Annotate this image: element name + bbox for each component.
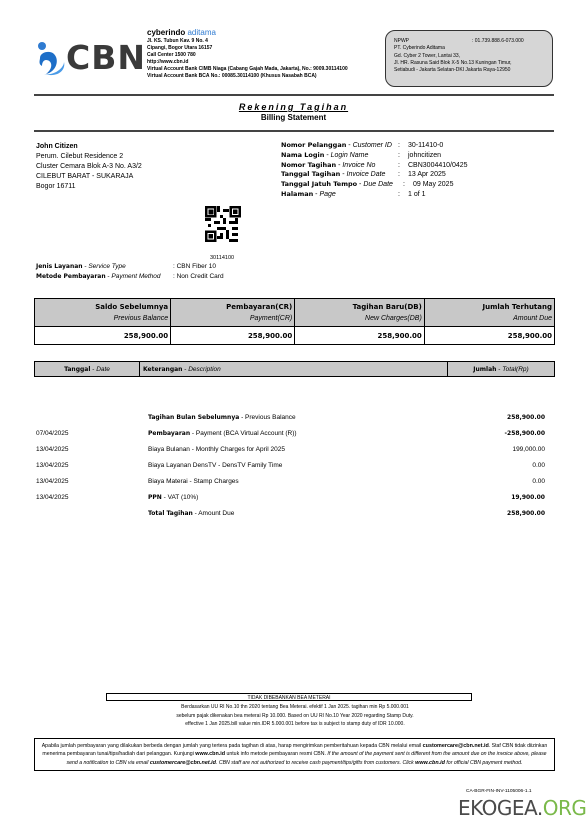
table-row: 13/04/2025Biaya Materai - Stamp Charges0…	[36, 473, 545, 489]
line-amount: 0.00	[425, 462, 545, 469]
tax-address-line: Gd. Cyber 2 Tower, Lantai 33,	[394, 53, 544, 60]
company-info: cyberindo aditama Jl. KS. Tubun Kav. 9 N…	[147, 28, 348, 80]
summary-value-row: 258,900.00 258,900.00 258,900.00 258,900…	[35, 327, 555, 345]
line-date: 13/04/2025	[36, 462, 148, 469]
payment-notice: Apabila jumlah pembayaran yang dilakukan…	[34, 738, 555, 771]
line-amount: -258,900.00	[425, 430, 545, 437]
new-charges-value: 258,900.00	[295, 327, 425, 345]
payment-method: Metode Pembayaran - Payment Method: Non …	[36, 272, 224, 282]
line-amount: 199,000.00	[425, 446, 545, 453]
website-link[interactable]: www.cbn.id	[195, 751, 225, 757]
cbn-swirl-icon	[36, 38, 68, 78]
line-description: Biaya Materai - Stamp Charges	[148, 478, 425, 485]
npwp-row: NPWP: 01.739.888.6-073.000	[394, 38, 544, 45]
divider	[34, 130, 554, 132]
line-description: Biaya Layanan DensTV - DensTV Family Tim…	[148, 462, 425, 469]
info-page: Halaman - Page:1 of 1	[281, 190, 468, 200]
info-invoice-no: Nomor Tagihan - Invoice No:CBN3004410/04…	[281, 161, 468, 171]
invoice-info: Nomor Pelanggan - Customer ID:30-11410-0…	[281, 141, 468, 200]
tax-address-line: Setiabudi - Jakarta Selatan-DKI Jakarta …	[394, 67, 544, 74]
table-row: 13/04/2025Biaya Bulanan - Monthly Charge…	[36, 441, 545, 457]
service-info: Jenis Layanan - Service Type: CBN Fiber …	[36, 262, 224, 282]
line-date: 13/04/2025	[36, 446, 148, 453]
customercare-email-link[interactable]: customercare@cbn.net.id	[423, 743, 489, 749]
qr-number: 30114100	[210, 255, 234, 261]
virtual-account-cimb: Virtual Account Bank CIMB Niaga (Cabang …	[147, 66, 348, 73]
cbn-logo: CBN	[36, 38, 141, 78]
info-login-name: Nama Login - Login Name:johncitizen	[281, 151, 468, 161]
stamp-duty-title: TIDAK DIBEBANKAN BEA METERAI	[106, 693, 472, 701]
line-date: 07/04/2025	[36, 430, 148, 437]
customer-address: John Citizen Perum. Cilebut Residence 2 …	[36, 142, 142, 192]
address-line: Cluster Cemara Blok A-3 No. A3/2	[36, 162, 142, 172]
company-address-line: Jl. KS. Tubun Kav. 9 No. 4	[147, 38, 348, 45]
previous-balance-value: 258,900.00	[35, 327, 171, 345]
col-description: Keterangan - Description	[140, 362, 448, 377]
table-row: Tagihan Bulan Sebelumnya - Previous Bala…	[36, 409, 545, 425]
header-payment: Pembayaran(CR)Payment(CR)	[171, 299, 295, 327]
line-description: Pembayaran - Payment (BCA Virtual Accoun…	[148, 430, 425, 437]
table-row: 13/04/2025Biaya Layanan DensTV - DensTV …	[36, 457, 545, 473]
line-date: 13/04/2025	[36, 478, 148, 485]
line-description: PPN - VAT (10%)	[148, 494, 425, 501]
line-amount: 258,900.00	[425, 510, 545, 517]
detail-header: Tanggal - Date Keterangan - Description …	[34, 361, 555, 377]
service-type: Jenis Layanan - Service Type: CBN Fiber …	[36, 262, 224, 272]
table-row: 07/04/2025Pembayaran - Payment (BCA Virt…	[36, 425, 545, 441]
payment-value: 258,900.00	[171, 327, 295, 345]
info-due-date: Tanggal Jatuh Tempo - Due Date:09 May 20…	[281, 180, 468, 190]
qr-code-icon	[205, 206, 241, 242]
info-customer-id: Nomor Pelanggan - Customer ID:30-11410-0	[281, 141, 468, 151]
info-invoice-date: Tanggal Tagihan - Invoice Date:13 Apr 20…	[281, 170, 468, 180]
table-row: Total Tagihan - Amount Due258,900.00	[36, 505, 545, 521]
company-address-line: Cipangi, Bogor Utara 16157	[147, 45, 348, 52]
watermark: EKOGEA.ORG	[458, 796, 586, 820]
website-link-en[interactable]: www.cbn.id	[415, 760, 445, 766]
line-date: 13/04/2025	[36, 494, 148, 501]
title-main: Rekening Tagihan	[0, 102, 587, 112]
line-description: Total Tagihan - Amount Due	[148, 510, 425, 517]
logo-text: CBN	[66, 38, 146, 78]
summary-table: Saldo SebelumnyaPrevious Balance Pembaya…	[34, 298, 555, 345]
summary-header-row: Saldo SebelumnyaPrevious Balance Pembaya…	[35, 299, 555, 327]
amount-due-value: 258,900.00	[424, 327, 554, 345]
header-new-charges: Tagihan Baru(DB)New Charges(DB)	[295, 299, 425, 327]
detail-lines: Tagihan Bulan Sebelumnya - Previous Bala…	[36, 409, 545, 521]
customer-name: John Citizen	[36, 142, 142, 152]
customercare-email-link-en[interactable]: customercare@cbn.net.id	[150, 760, 216, 766]
line-amount: 258,900.00	[425, 414, 545, 421]
line-amount: 0.00	[425, 478, 545, 485]
address-line: Perum. Cilebut Residence 2	[36, 152, 142, 162]
company-call-center: Call Center 1500 780	[147, 52, 348, 59]
divider	[34, 94, 554, 96]
company-brand: cyberindo aditama	[147, 28, 348, 38]
statement-title: Rekening Tagihan Billing Statement	[0, 102, 587, 122]
address-line: CILEBUT BARAT - SUKARAJA	[36, 172, 142, 182]
header-previous-balance: Saldo SebelumnyaPrevious Balance	[35, 299, 171, 327]
col-total: Jumlah - Total(Rp)	[448, 362, 555, 377]
line-amount: 19,900.00	[425, 494, 545, 501]
stamp-duty-text: Berdasarkan UU RI No.10 thn 2020 tentang…	[100, 703, 490, 729]
line-description: Biaya Bulanan - Monthly Charges for Apri…	[148, 446, 425, 453]
header-amount-due: Jumlah TerhutangAmount Due	[424, 299, 554, 327]
tax-address-line: Jl. HR. Rasuna Said Blok X-5 No.13 Kunin…	[394, 60, 544, 67]
tax-address-line: PT. Cyberindo Aditama	[394, 45, 544, 52]
table-row: 13/04/2025PPN - VAT (10%)19,900.00	[36, 489, 545, 505]
virtual-account-bca: Virtual Account Bank BCA No.: 00085.3011…	[147, 73, 348, 80]
document-code: CA-BGR-FIN-INV-1105006-1.1	[466, 789, 532, 794]
title-sub: Billing Statement	[0, 113, 587, 122]
line-description: Tagihan Bulan Sebelumnya - Previous Bala…	[148, 414, 425, 421]
col-date: Tanggal - Date	[35, 362, 140, 377]
address-line: Bogor 16711	[36, 182, 142, 192]
company-website[interactable]: http://www.cbn.id	[147, 59, 348, 66]
tax-info-box: NPWP: 01.739.888.6-073.000 PT. Cyberindo…	[385, 30, 553, 87]
